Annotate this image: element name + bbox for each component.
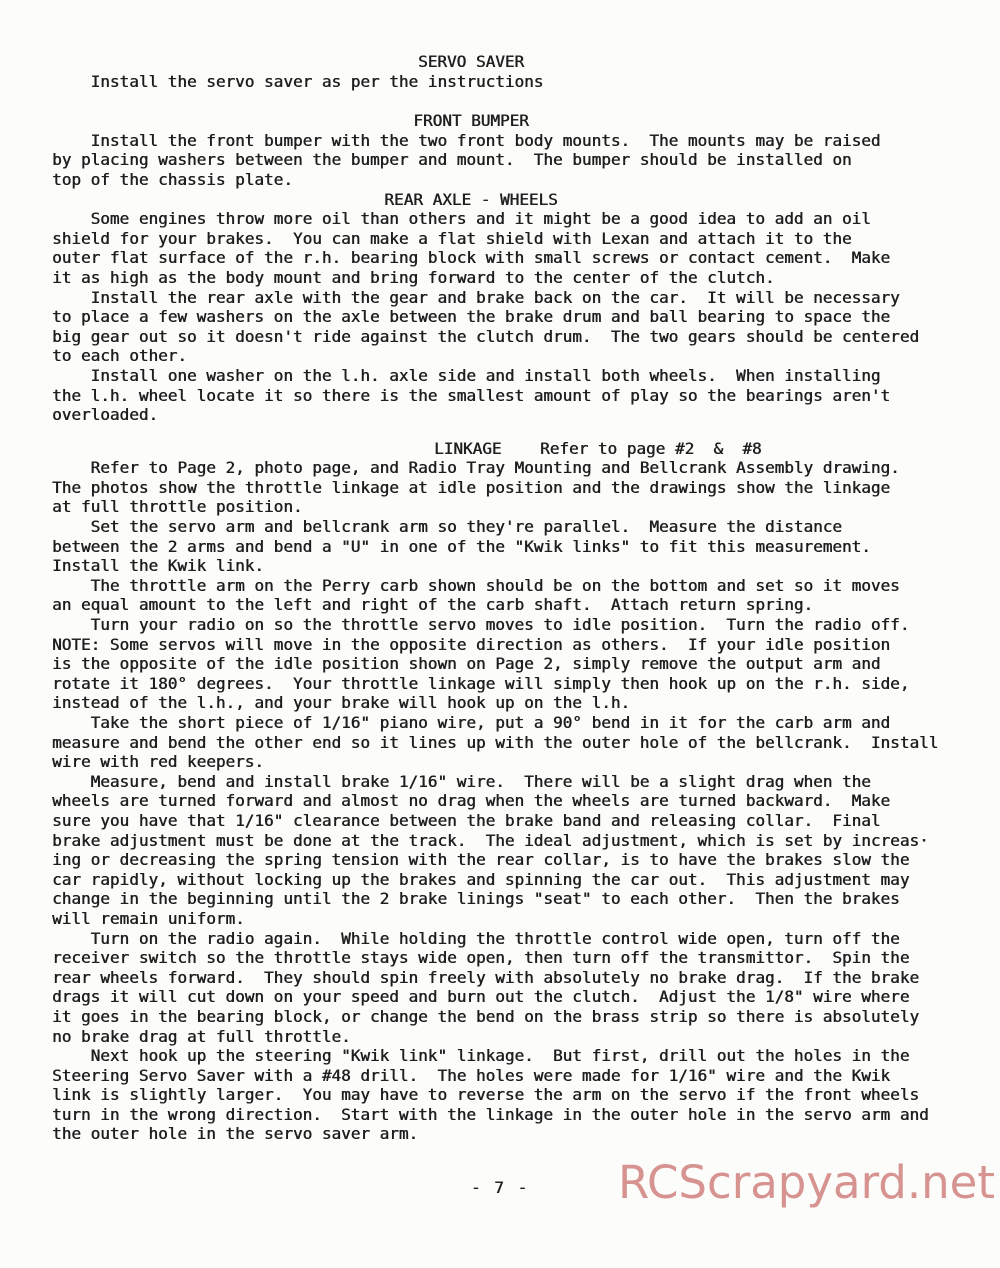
paragraph: Install the servo saver as per the instr… (52, 72, 966, 92)
paragraph: Set the servo arm and bellcrank arm so t… (52, 517, 966, 576)
section-heading: FRONT BUMPER (14, 111, 928, 131)
section-heading: LINKAGE Refer to page #2 & #8 (52, 439, 966, 459)
section: FRONT BUMPER Install the front bumper wi… (52, 111, 966, 189)
section-heading: REAR AXLE - WHEELS (14, 190, 928, 210)
paragraph: Some engines throw more oil than others … (52, 209, 966, 287)
document-page: SERVO SAVER Install the servo saver as p… (0, 0, 1000, 1268)
section-heading: SERVO SAVER (14, 52, 928, 72)
paragraph: Measure, bend and install brake 1/16" wi… (52, 772, 966, 929)
paragraph: The throttle arm on the Perry carb shown… (52, 576, 966, 615)
paragraph: Refer to Page 2, photo page, and Radio T… (52, 458, 966, 517)
watermark: RCScrapyard.net (618, 1156, 995, 1209)
paragraph: Turn on the radio again. While holding t… (52, 929, 966, 1047)
section: LINKAGE Refer to page #2 & #8 Refer to P… (52, 439, 966, 1144)
paragraph: Install one washer on the l.h. axle side… (52, 366, 966, 425)
paragraph: Install the rear axle with the gear and … (52, 288, 966, 366)
paragraph: Install the front bumper with the two fr… (52, 131, 966, 190)
paragraph: Turn your radio on so the throttle servo… (52, 615, 966, 713)
document-sections: SERVO SAVER Install the servo saver as p… (52, 52, 966, 1144)
section: SERVO SAVER Install the servo saver as p… (52, 52, 966, 91)
paragraph: Take the short piece of 1/16" piano wire… (52, 713, 966, 772)
section: REAR AXLE - WHEELS Some engines throw mo… (52, 190, 966, 425)
paragraph: Next hook up the steering "Kwik link" li… (52, 1046, 966, 1144)
